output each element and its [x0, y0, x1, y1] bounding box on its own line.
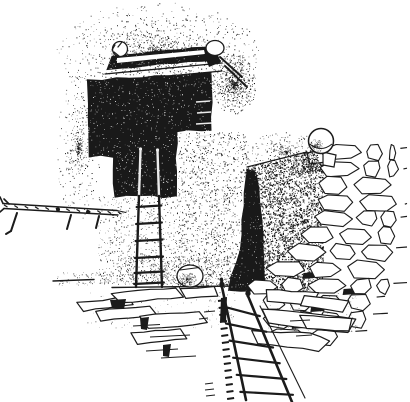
round-stone [177, 265, 203, 287]
pueblo-engraving-figure [0, 0, 410, 402]
engraving-svg [0, 0, 410, 402]
engraving-page [0, 0, 410, 402]
